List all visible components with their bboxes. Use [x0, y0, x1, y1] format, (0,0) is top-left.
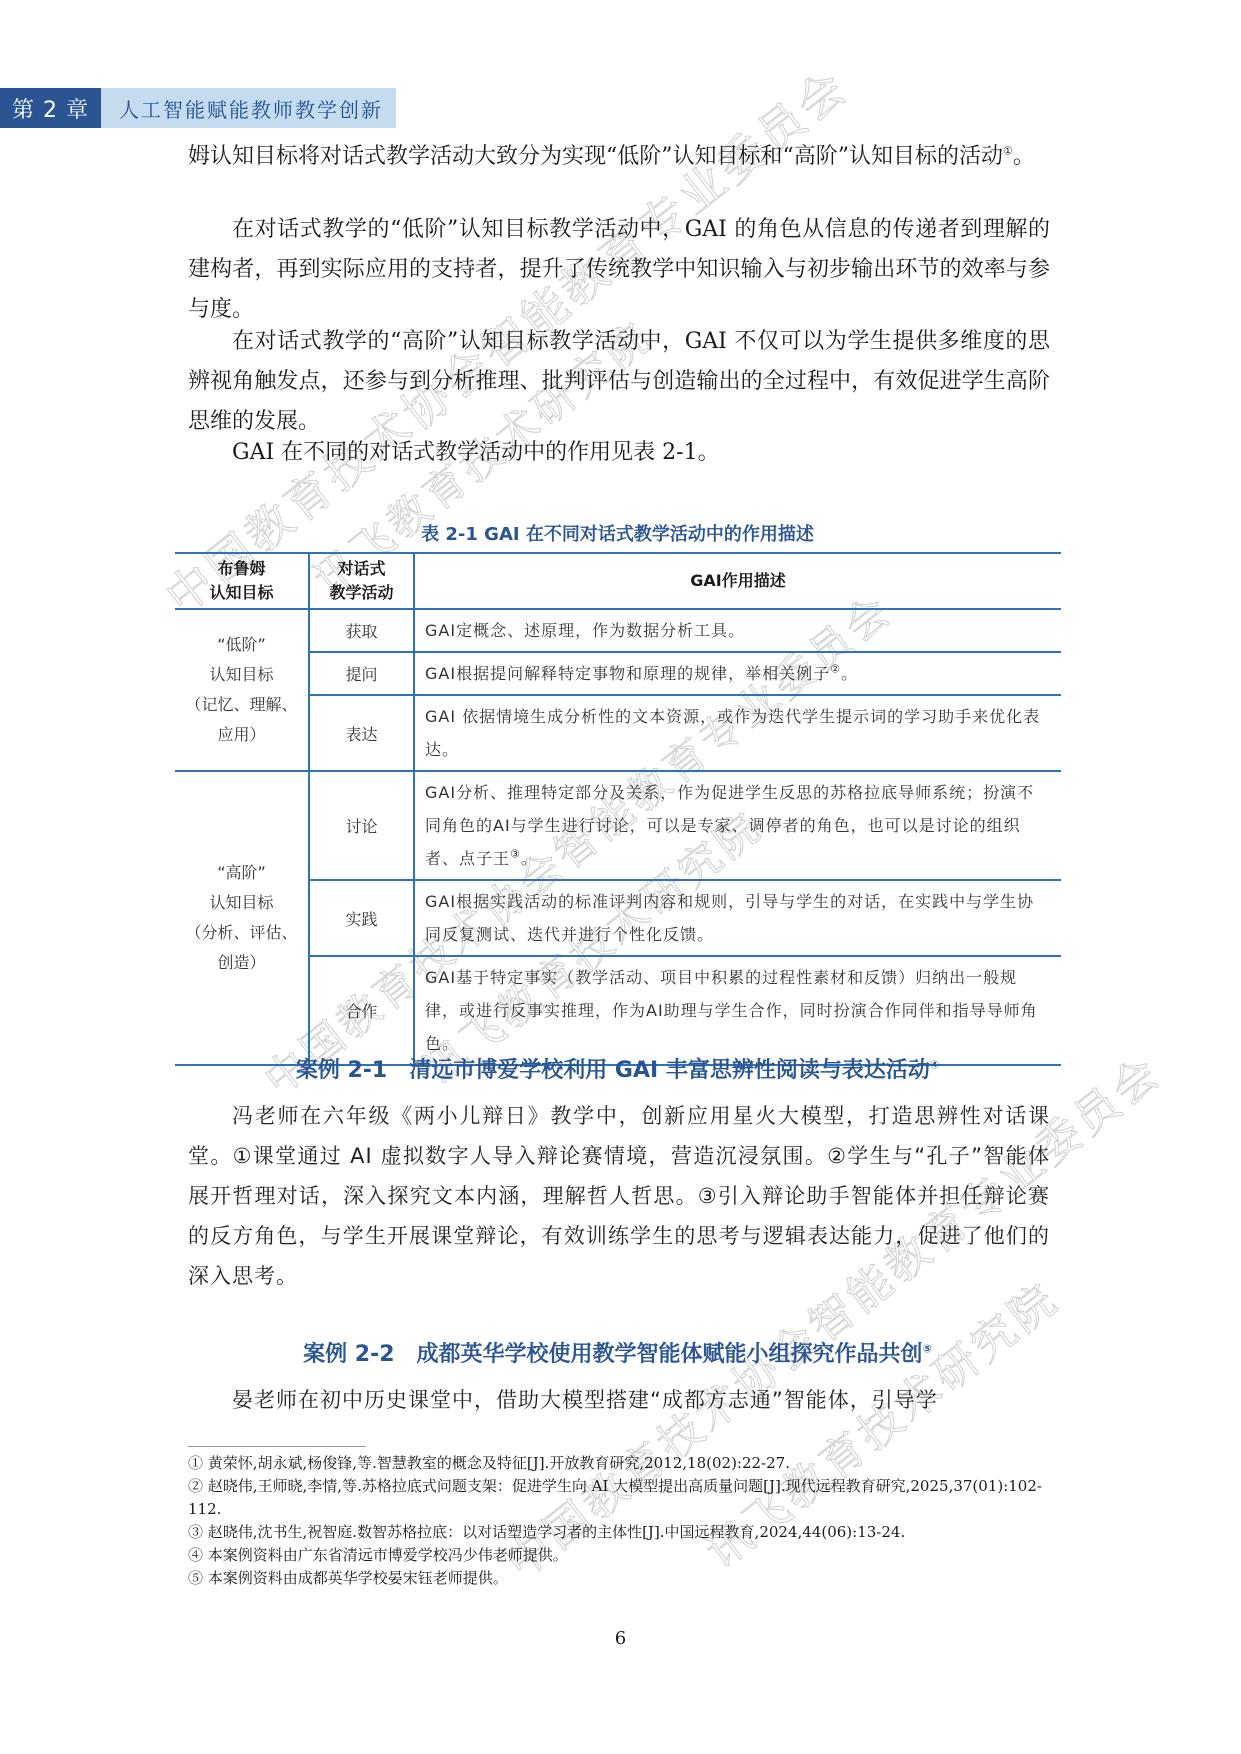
paragraph-text: 。 [1013, 144, 1035, 169]
footnote-item: ① 黄荣怀,胡永斌,杨俊锋,等.智慧教室的概念及特征[J].开放教育研究,201… [188, 1452, 1050, 1475]
description-text: 。 [521, 849, 538, 868]
body-paragraph: 姆认知目标将对话式教学活动大致分为实现“低阶”认知目标和“高阶”认知目标的活动①… [188, 137, 1050, 177]
goal-text: （分析、评估、 [175, 918, 308, 948]
case-title: 案例 2-1 清远市博爱学校利用 GAI 丰富思辨性阅读与表达活动④ [175, 1053, 1060, 1084]
case-title-text: 案例 2-2 成都英华学校使用教学智能体赋能小组探究作品共创 [303, 1342, 922, 1367]
table-row: “高阶” 认知目标 （分析、评估、 创造） 讨论 GAI分析、推理特定部分及关系… [175, 771, 1061, 880]
header-text: 认知目标 [175, 581, 308, 605]
description-cell: GAI 依据情境生成分析性的文本资源，或作为迭代学生提示词的学习助手来优化表达。 [414, 695, 1061, 771]
header-description: GAI作用描述 [414, 553, 1061, 609]
goal-text: 认知目标 [175, 888, 308, 918]
activity-cell: 表达 [309, 695, 414, 771]
case-title-text: 案例 2-1 清远市博爱学校利用 GAI 丰富思辨性阅读与表达活动 [296, 1058, 930, 1083]
description-text: 。 [841, 664, 858, 683]
activity-cell: 讨论 [309, 771, 414, 880]
footnote-ref[interactable]: ⑤ [923, 1343, 932, 1356]
description-cell: GAI分析、推理特定部分及关系，作为促进学生反思的苏格拉底导师系统；扮演不同角色… [414, 771, 1061, 880]
page-number: 6 [0, 1628, 1241, 1649]
footnote-ref[interactable]: ① [1003, 145, 1013, 158]
footnote-divider [188, 1446, 366, 1447]
description-text: GAI根据提问解释特定事物和原理的规律，举相关例子 [425, 664, 830, 683]
footnote-ref[interactable]: ④ [930, 1059, 939, 1072]
header-activity: 对话式 教学活动 [309, 553, 414, 609]
goal-cell-high: “高阶” 认知目标 （分析、评估、 创造） [175, 771, 309, 1065]
activity-cell: 提问 [309, 652, 414, 695]
goal-text: 应用） [175, 720, 308, 750]
activity-cell: 合作 [309, 956, 414, 1065]
goal-text: “低阶” [175, 630, 308, 660]
goal-text: （记忆、理解、 [175, 690, 308, 720]
description-cell: GAI根据提问解释特定事物和原理的规律，举相关例子②。 [414, 652, 1061, 695]
chapter-number: 第 2 章 [0, 88, 101, 128]
description-cell: GAI根据实践活动的标准评判内容和规则，引导与学生的对话，在实践中与学生协同反复… [414, 880, 1061, 956]
case-body: 晏老师在初中历史课堂中，借助大模型搭建“成都方志通”智能体，引导学 [188, 1380, 1050, 1420]
goal-text: 认知目标 [175, 660, 308, 690]
description-cell: GAI定概念、述原理，作为数据分析工具。 [414, 609, 1061, 652]
header-goal: 布鲁姆 认知目标 [175, 553, 309, 609]
chapter-title: 人工智能赋能教师教学创新 [101, 88, 396, 128]
footnote-ref[interactable]: ② [830, 663, 841, 676]
body-paragraph: 在对话式教学的“低阶”认知目标教学活动中，GAI 的角色从信息的传递者到理解的建… [188, 210, 1050, 330]
footnote-ref[interactable]: ③ [510, 848, 521, 861]
paragraph-text: 姆认知目标将对话式教学活动大致分为实现“低阶”认知目标和“高阶”认知目标的活动 [188, 144, 1003, 169]
header-text: 教学活动 [310, 581, 413, 605]
body-paragraph: 在对话式教学的“高阶”认知目标教学活动中，GAI 不仅可以为学生提供多维度的思辨… [188, 322, 1050, 442]
footnote-item: ⑤ 本案例资料由成都英华学校晏宋钰老师提供。 [188, 1567, 1050, 1590]
body-paragraph: GAI 在不同的对话式教学活动中的作用见表 2-1。 [188, 433, 1050, 473]
header-text: 对话式 [310, 557, 413, 581]
footnote-item: ② 赵晓伟,王师晓,李情,等.苏格拉底式问题支架：促进学生向 AI 大模型提出高… [188, 1475, 1050, 1521]
goal-text: 创造） [175, 948, 308, 978]
case-title: 案例 2-2 成都英华学校使用教学智能体赋能小组探究作品共创⑤ [175, 1337, 1060, 1368]
footnote-item: ③ 赵晓伟,沈书生,祝智庭.数智苏格拉底：以对话塑造学习者的主体性[J].中国远… [188, 1521, 1050, 1544]
goal-text: “高阶” [175, 858, 308, 888]
goal-cell-low: “低阶” 认知目标 （记忆、理解、 应用） [175, 609, 309, 771]
chapter-header: 第 2 章 人工智能赋能教师教学创新 [0, 88, 396, 128]
table-row: “低阶” 认知目标 （记忆、理解、 应用） 获取 GAI定概念、述原理，作为数据… [175, 609, 1061, 652]
header-text: 布鲁姆 [175, 557, 308, 581]
footnote-item: ④ 本案例资料由广东省清远市博爱学校冯少伟老师提供。 [188, 1544, 1050, 1567]
footnotes: ① 黄荣怀,胡永斌,杨俊锋,等.智慧教室的概念及特征[J].开放教育研究,201… [188, 1452, 1050, 1590]
activity-cell: 获取 [309, 609, 414, 652]
table-header-row: 布鲁姆 认知目标 对话式 教学活动 GAI作用描述 [175, 553, 1061, 609]
activity-cell: 实践 [309, 880, 414, 956]
description-cell: GAI基于特定事实（教学活动、项目中积累的过程性素材和反馈）归纳出一般规律，或进… [414, 956, 1061, 1065]
case-body: 冯老师在六年级《两小儿辩日》教学中，创新应用星火大模型，打造思辨性对话课堂。①课… [188, 1096, 1050, 1296]
table-caption: 表 2-1 GAI 在不同对话式教学活动中的作用描述 [175, 520, 1060, 546]
gai-role-table: 布鲁姆 认知目标 对话式 教学活动 GAI作用描述 “低阶” 认知目标 （记忆、… [175, 552, 1061, 1066]
